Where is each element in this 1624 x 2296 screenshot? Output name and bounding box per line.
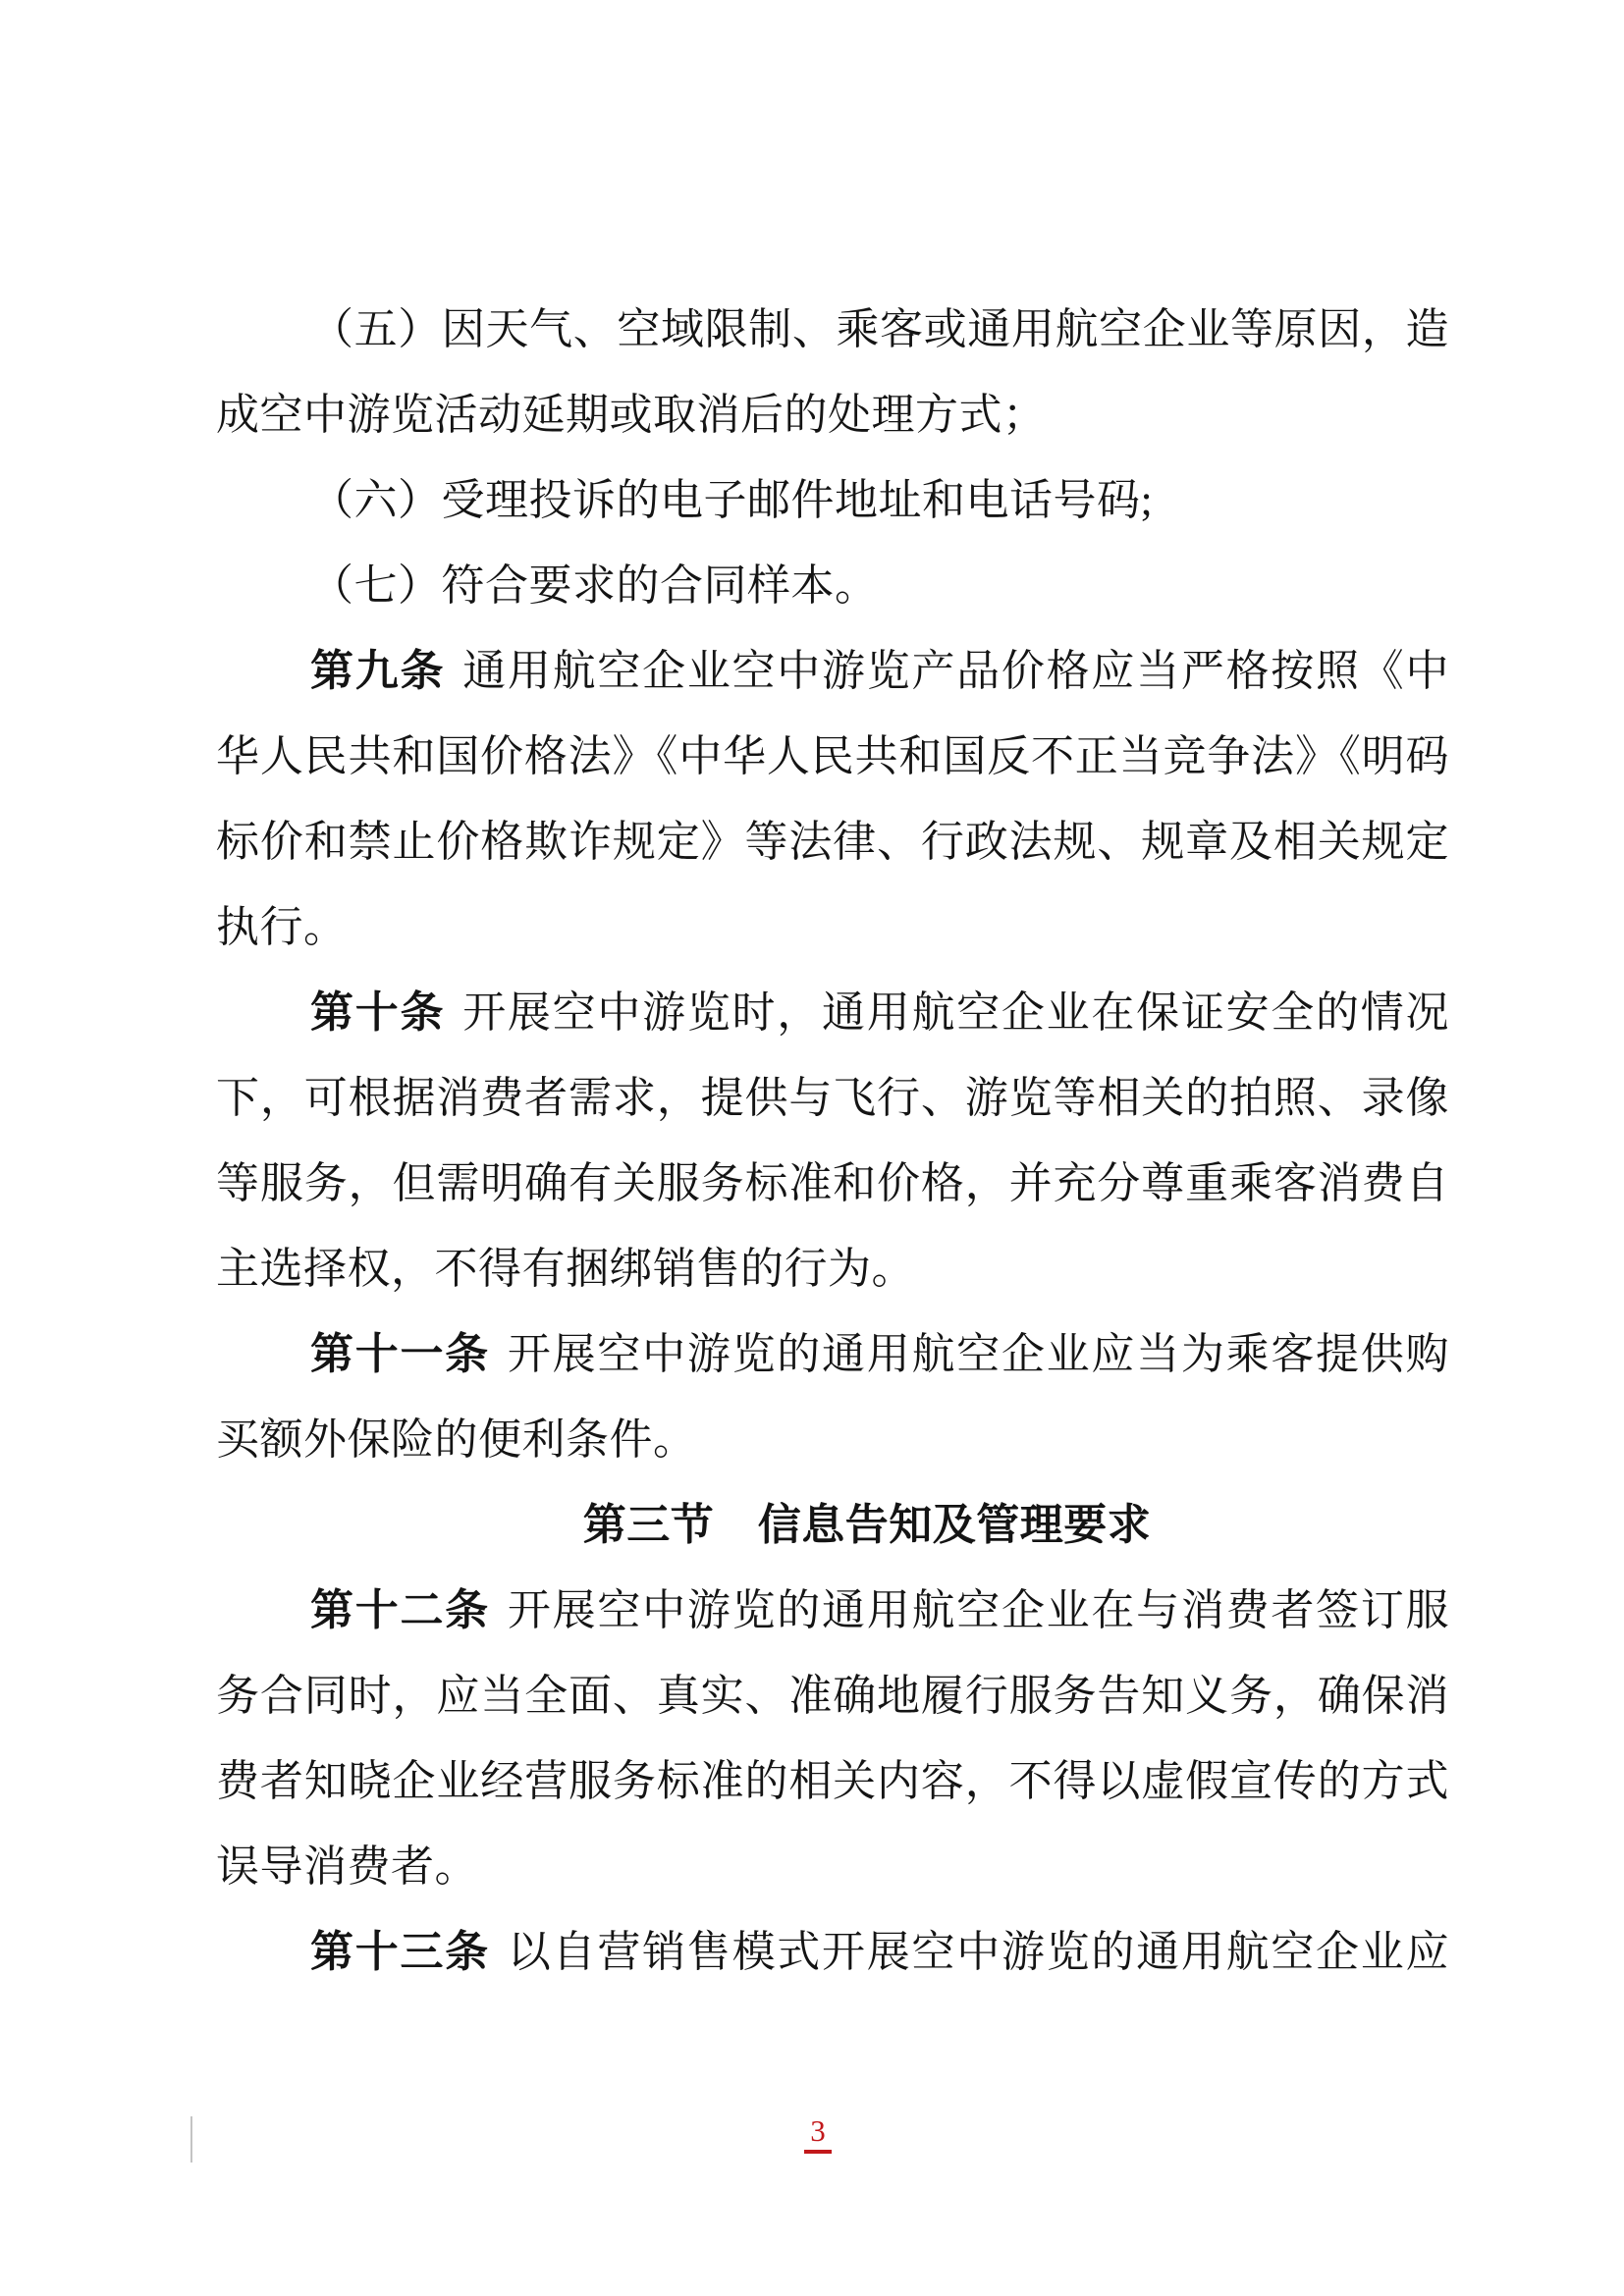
line-text: 误导消费者。 [216, 1842, 478, 1891]
text-line: 务合同时，应当全面、真实、准确地履行服务告知义务，确保消 [216, 1653, 1449, 1738]
text-line: 第十三条以自营销售模式开展空中游览的通用航空企业应 [216, 1909, 1449, 1995]
text-line: 第九条通用航空企业空中游览产品价格应当严格按照《中 [216, 628, 1449, 714]
line-text: 务合同时，应当全面、真实、准确地履行服务告知义务，确保消 [216, 1672, 1449, 1720]
line-text: 开展空中游览时，通用航空企业在保证安全的情况 [462, 988, 1449, 1037]
section-heading: 第三节 信息告知及管理要求 [216, 1482, 1449, 1568]
text-line: 费者知晓企业经营服务标准的相关内容，不得以虚假宣传的方式 [216, 1738, 1449, 1824]
article-number: 第十一条 [310, 1330, 490, 1378]
line-text: 买额外保险的便利条件。 [216, 1415, 697, 1464]
text-line: 第十二条开展空中游览的通用航空企业在与消费者签订服 [216, 1568, 1449, 1653]
article-number: 第九条 [310, 647, 445, 695]
text-line: （五）因天气、空域限制、乘客或通用航空企业等原因，造 [216, 287, 1449, 372]
line-text: （七）符合要求的合同样本。 [310, 561, 879, 610]
text-line: （六）受理投诉的电子邮件地址和电话号码; [216, 457, 1449, 543]
line-text: （五）因天气、空域限制、乘客或通用航空企业等原因，造 [310, 305, 1449, 353]
line-text: 下，可根据消费者需求，提供与飞行、游览等相关的拍照、录像 [216, 1074, 1449, 1122]
article-number: 第十二条 [310, 1586, 490, 1634]
text-line: 下，可根据消费者需求，提供与飞行、游览等相关的拍照、录像 [216, 1055, 1449, 1141]
line-text: 成空中游览活动延期或取消后的处理方式； [216, 391, 1047, 439]
line-text: 通用航空企业空中游览产品价格应当严格按照《中 [462, 647, 1449, 695]
line-text: 以自营销售模式开展空中游览的通用航空企业应 [508, 1928, 1449, 1976]
line-text: 主选择权，不得有捆绑销售的行为。 [216, 1245, 915, 1293]
text-line: 第十一条开展空中游览的通用航空企业应当为乘客提供购 [216, 1311, 1449, 1397]
line-text: 开展空中游览的通用航空企业在与消费者签订服 [508, 1586, 1449, 1634]
text-line: 等服务，但需明确有关服务标准和价格，并充分尊重乘客消费自 [216, 1141, 1449, 1226]
line-text: 执行。 [216, 903, 348, 951]
text-line: 执行。 [216, 884, 1449, 970]
document-body: （五）因天气、空域限制、乘客或通用航空企业等原因，造 成空中游览活动延期或取消后… [216, 287, 1449, 1995]
document-page: （五）因天气、空域限制、乘客或通用航空企业等原因，造 成空中游览活动延期或取消后… [0, 0, 1624, 2296]
line-text: 开展空中游览的通用航空企业应当为乘客提供购 [508, 1330, 1449, 1378]
line-text: 费者知晓企业经营服务标准的相关内容，不得以虚假宣传的方式 [216, 1757, 1449, 1805]
text-line: 主选择权，不得有捆绑销售的行为。 [216, 1226, 1449, 1311]
page-number: 3 [804, 2112, 832, 2154]
text-line: 标价和禁止价格欺诈规定》等法律、行政法规、规章及相关规定 [216, 799, 1449, 884]
line-text: 华人民共和国价格法》《中华人民共和国反不正当竞争法》《明码 [216, 732, 1449, 780]
article-number: 第十条 [310, 988, 445, 1037]
line-text: 等服务，但需明确有关服务标准和价格，并充分尊重乘客消费自 [216, 1159, 1449, 1207]
line-text: （六）受理投诉的电子邮件地址和电话号码; [310, 476, 1153, 524]
line-text: 标价和禁止价格欺诈规定》等法律、行政法规、规章及相关规定 [216, 818, 1449, 866]
text-line: 第十条开展空中游览时，通用航空企业在保证安全的情况 [216, 970, 1449, 1055]
text-line: 误导消费者。 [216, 1824, 1449, 1909]
article-number: 第十三条 [310, 1928, 490, 1976]
section-heading-text: 第三节 信息告知及管理要求 [583, 1501, 1152, 1549]
text-line: 华人民共和国价格法》《中华人民共和国反不正当竞争法》《明码 [216, 714, 1449, 799]
text-line: 成空中游览活动延期或取消后的处理方式； [216, 372, 1449, 457]
text-line: （七）符合要求的合同样本。 [216, 543, 1449, 628]
page-footer: 3 [0, 2112, 1624, 2154]
text-line: 买额外保险的便利条件。 [216, 1397, 1449, 1482]
